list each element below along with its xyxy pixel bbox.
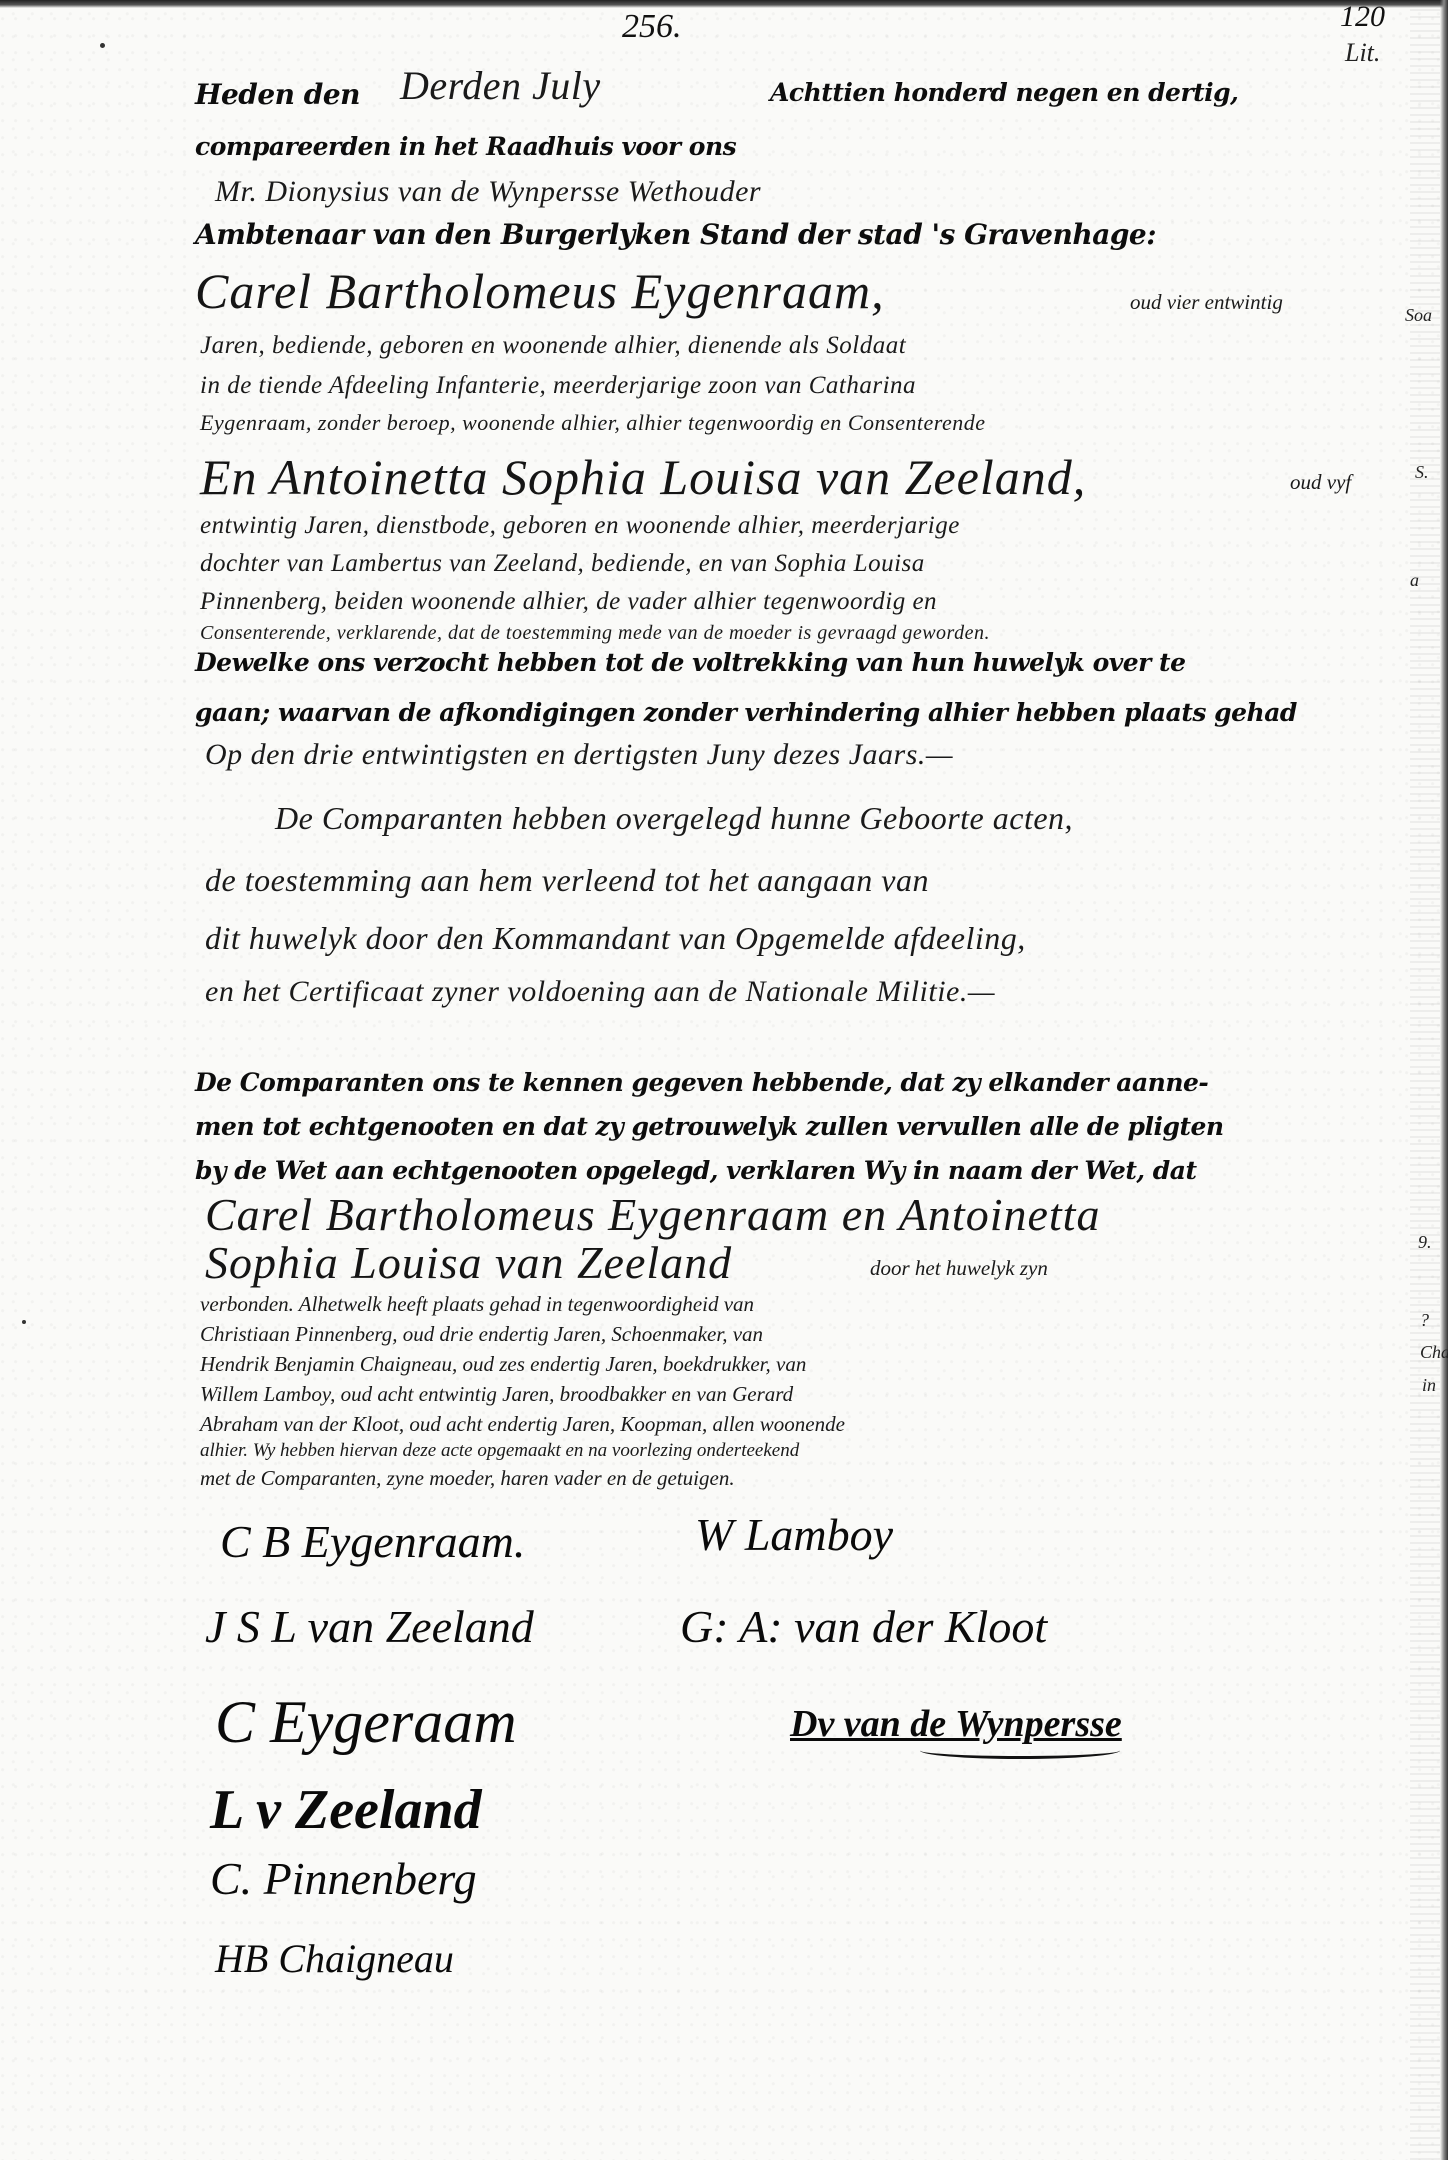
groom-line: Jaren, bediende, geboren en woonende alh…	[200, 332, 906, 360]
declaration-bride-name: Sophia Louisa van Zeeland	[205, 1236, 732, 1289]
groom-line: in de tiende Afdeeling Infanterie, meerd…	[200, 372, 916, 400]
declaration-names-line: Carel Bartholomeus Eygenraam en Antoinet…	[205, 1188, 1100, 1241]
bride-line: oud vyf	[1290, 470, 1351, 495]
page-number: 256.	[622, 8, 682, 46]
documents-line: en het Certificaat zyner voldoening aan …	[205, 975, 995, 1009]
closing-line: verbonden. Alhetwelk heeft plaats gehad …	[200, 1292, 754, 1317]
bride-line: Consenterende, verklarende, dat de toest…	[200, 622, 990, 645]
closing-line: Abraham van der Kloot, oud acht endertig…	[200, 1412, 845, 1437]
documents-line: De Comparanten hebben overgelegd hunne G…	[275, 800, 1073, 837]
signature-witness-chaigneau: HB Chaigneau	[215, 1935, 454, 1982]
groom-line: Eygenraam, zonder beroep, woonende alhie…	[200, 410, 986, 436]
closing-line: Willem Lamboy, oud acht entwintig Jaren,…	[200, 1382, 793, 1407]
signature-official: Dv van de Wynpersse	[790, 1702, 1122, 1746]
groom-line: oud vier entwintig	[1130, 290, 1283, 315]
proclamation-dates: Op den drie entwintigsten en dertigsten …	[205, 738, 953, 772]
documents-line: dit huwelyk door den Kommandant van Opge…	[205, 920, 1026, 957]
closing-line: met de Comparanten, zyne moeder, haren v…	[200, 1466, 735, 1491]
signature-groom-mother: C Eygeraam	[215, 1688, 517, 1757]
ink-speck	[22, 1320, 26, 1324]
printed-declaration-line: De Comparanten ons te kennen gegeven heb…	[195, 1068, 1208, 1097]
closing-line: Hendrik Benjamin Chaigneau, oud zes ende…	[200, 1352, 806, 1377]
declaration-names-rest: door het huwelyk zyn	[870, 1256, 1048, 1281]
printed-compareerden: compareerden in het Raadhuis voor ons	[195, 132, 736, 161]
margin-note: S.	[1415, 462, 1429, 483]
printed-request-line: gaan; waarvan de afkondigingen zonder ve…	[195, 698, 1297, 727]
signature-bride-father: L v Zeeland	[210, 1778, 482, 1842]
bride-line: dochter van Lambertus van Zeeland, bedie…	[200, 550, 925, 578]
closing-line: Christiaan Pinnenberg, oud drie endertig…	[200, 1322, 763, 1347]
margin-note: Cha	[1420, 1342, 1448, 1363]
page-top-edge	[0, 0, 1448, 8]
documents-line: de toestemming aan hem verleend tot het …	[205, 862, 929, 899]
bride-line: Pinnenberg, beiden woonende alhier, de v…	[200, 588, 937, 616]
margin-note: a	[1410, 570, 1419, 591]
printed-request-line: Dewelke ons verzocht hebben tot de voltr…	[195, 648, 1186, 677]
groom-name: Carel Bartholomeus Eygenraam,	[195, 262, 885, 320]
folio-number: 120	[1340, 0, 1385, 34]
scanned-register-page: 256. 120 Lit. Heden den Derden July Acht…	[0, 0, 1448, 2160]
printed-heden-den: Heden den	[195, 78, 360, 111]
ink-speck	[100, 43, 105, 48]
signature-groom: C B Eygenraam.	[220, 1515, 525, 1568]
printed-ambtenaar: Ambtenaar van den Burgerlyken Stand der …	[195, 218, 1156, 251]
handwritten-date: Derden July	[400, 62, 601, 109]
signature-witness-van-der-kloot: G: A: van der Kloot	[680, 1600, 1047, 1653]
handwritten-official: Mr. Dionysius van de Wynpersse Wethouder	[215, 175, 761, 209]
folio-mark: Lit.	[1345, 38, 1380, 68]
margin-note: in	[1422, 1375, 1436, 1396]
printed-declaration-line: men tot echtgenooten en dat zy getrouwel…	[195, 1112, 1224, 1141]
printed-year: Achttien honderd negen en dertig,	[770, 78, 1238, 107]
signature-flourish	[920, 1742, 1120, 1759]
signature-witness-lamboy: W Lamboy	[695, 1508, 893, 1561]
bride-line: entwintig Jaren, dienstbode, geboren en …	[200, 512, 960, 540]
signature-witness-pinnenberg: C. Pinnenberg	[210, 1852, 477, 1905]
page-right-edge	[1440, 0, 1448, 2160]
margin-note: ?	[1420, 1310, 1429, 1331]
bride-name: En Antoinetta Sophia Louisa van Zeeland,	[200, 448, 1086, 506]
margin-note: Soa	[1405, 305, 1432, 326]
closing-line: alhier. Wy hebben hiervan deze acte opge…	[200, 1440, 799, 1462]
printed-declaration-line: by de Wet aan echtgenooten opgelegd, ver…	[195, 1156, 1197, 1185]
signature-bride: J S L van Zeeland	[205, 1600, 534, 1653]
margin-note: 9.	[1418, 1232, 1432, 1253]
